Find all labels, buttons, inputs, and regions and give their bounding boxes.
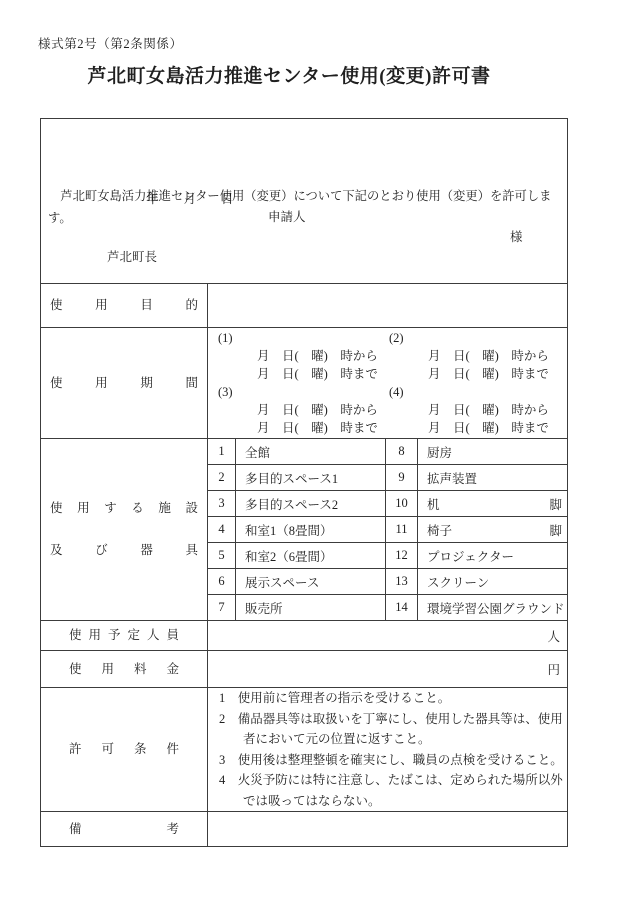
condition-item: 3 使用後は整理整頓を確実にし、職員の点検を受けること。 [243, 750, 567, 771]
fee-label: 使 用 料 金 [69, 662, 179, 677]
condition-item: 1 使用前に管理者の指示を受けること。 [243, 688, 567, 709]
facility-name-cell: 厨房 [418, 439, 568, 465]
fee-value-cell: 円 [208, 651, 568, 688]
facility-name-cell: 展示スペース [236, 569, 386, 595]
facility-row: 使 用 す る 施 設 及 び 器 具 1 全館 8 厨房 [41, 439, 568, 465]
condition-item: 2 備品器具等は取扱いを丁寧にし、使用した器具等は、使用 者において元の位置に返… [243, 709, 567, 750]
facility-number: 12 [386, 543, 418, 569]
period-label: 使 用 期 間 [50, 376, 198, 391]
fee-unit: 円 [547, 663, 560, 677]
facility-name-cell: 机脚 [418, 491, 568, 517]
facilities-label-line2: 及 び 器 具 [50, 543, 198, 558]
facility-number: 4 [208, 517, 236, 543]
people-value-cell: 人 [208, 621, 568, 651]
facility-name-cell: 販売所 [236, 595, 386, 621]
period-group-number: (3) [218, 383, 389, 401]
facility-name: 展示スペース [245, 573, 319, 591]
period-group-number: (1) [218, 329, 389, 347]
period-group-3: (3) 月 日( 曜) 時から 月 日( 曜) 時まで [218, 383, 389, 437]
period-from-line: 月 日( 曜) 時から [218, 347, 389, 365]
facility-name: 全館 [245, 443, 270, 461]
purpose-label: 使 用 目 的 [50, 298, 198, 313]
facility-name-cell: 多目的スペース1 [236, 465, 386, 491]
facility-unit: 脚 [549, 495, 562, 513]
facility-name-cell: スクリーン [418, 569, 568, 595]
facility-name: 椅子 [427, 521, 452, 539]
conditions-label: 許 可 条 件 [69, 742, 179, 757]
facility-name-cell: 多目的スペース2 [236, 491, 386, 517]
facility-number: 8 [386, 439, 418, 465]
period-to-line: 月 日( 曜) 時まで [218, 419, 389, 437]
facility-name: 拡声装置 [427, 469, 477, 487]
period-group-number: (2) [389, 329, 560, 347]
honorific-sama: 様 [510, 230, 523, 244]
period-label-cell: 使 用 期 間 [41, 328, 208, 439]
intro-cell: 芦北町女島活力推進センター使用（変更）について下記のとおり使用（変更）を許可しま… [41, 119, 568, 284]
facility-name: 和室2（6畳間） [245, 547, 333, 565]
permit-form-table: 芦北町女島活力推進センター使用（変更）について下記のとおり使用（変更）を許可しま… [40, 118, 568, 847]
facility-name-cell: 環境学習公園グラウンド [418, 595, 568, 621]
facility-number: 7 [208, 595, 236, 621]
facility-name: スクリーン [427, 573, 489, 591]
date-line: 年 月 日 [146, 192, 234, 206]
condition-item: 4 火災予防には特に注意し、たばこは、定められた場所以外 では吸ってはならない。 [243, 770, 567, 811]
facility-name: プロジェクター [427, 547, 514, 565]
people-label: 使 用 予 定 人 員 [69, 628, 179, 643]
facility-number: 9 [386, 465, 418, 491]
facility-number: 11 [386, 517, 418, 543]
facility-name: 机 [427, 495, 440, 513]
facility-number: 1 [208, 439, 236, 465]
facility-number: 10 [386, 491, 418, 517]
people-unit: 人 [547, 630, 560, 644]
facility-name: 環境学習公園グラウンド [427, 599, 565, 617]
facility-number: 14 [386, 595, 418, 621]
period-grid: (1) 月 日( 曜) 時から 月 日( 曜) 時まで (2) 月 日( 曜) … [218, 329, 567, 437]
facility-name: 厨房 [427, 443, 452, 461]
remarks-value-cell [208, 812, 568, 847]
facility-name: 販売所 [245, 599, 283, 617]
people-label-cell: 使 用 予 定 人 員 [41, 621, 208, 651]
facility-name: 多目的スペース1 [245, 469, 338, 487]
period-group-2: (2) 月 日( 曜) 時から 月 日( 曜) 時まで [389, 329, 560, 383]
period-value-cell: (1) 月 日( 曜) 時から 月 日( 曜) 時まで (2) 月 日( 曜) … [208, 328, 568, 439]
facility-name: 多目的スペース2 [245, 495, 338, 513]
period-group-1: (1) 月 日( 曜) 時から 月 日( 曜) 時まで [218, 329, 389, 383]
period-from-line: 月 日( 曜) 時から [218, 401, 389, 419]
period-from-line: 月 日( 曜) 時から [389, 347, 560, 365]
facility-number: 5 [208, 543, 236, 569]
document-page: 様式第2号（第2条関係） 芦北町女島活力推進センター使用(変更)許可書 芦北町女… [0, 0, 630, 903]
facility-number: 13 [386, 569, 418, 595]
facilities-label-line1: 使 用 す る 施 設 [50, 501, 198, 516]
facilities-label-cell: 使 用 す る 施 設 及 び 器 具 [41, 439, 208, 621]
facility-name-cell: 椅子脚 [418, 517, 568, 543]
period-to-line: 月 日( 曜) 時まで [218, 365, 389, 383]
period-to-line: 月 日( 曜) 時まで [389, 365, 560, 383]
period-to-line: 月 日( 曜) 時まで [389, 419, 560, 437]
facility-name: 和室1（8畳間） [245, 521, 333, 539]
conditions-value-cell: 1 使用前に管理者の指示を受けること。 2 備品器具等は取扱いを丁寧にし、使用し… [208, 688, 568, 812]
period-group-4: (4) 月 日( 曜) 時から 月 日( 曜) 時まで [389, 383, 560, 437]
facility-number: 3 [208, 491, 236, 517]
purpose-label-cell: 使 用 目 的 [41, 284, 208, 328]
applicant-label: 申請人 [268, 210, 306, 224]
facility-number: 2 [208, 465, 236, 491]
mayor-title: 芦北町長 [107, 250, 157, 264]
facility-name-cell: 全館 [236, 439, 386, 465]
facility-name-cell: 拡声装置 [418, 465, 568, 491]
fee-label-cell: 使 用 料 金 [41, 651, 208, 688]
form-number: 様式第2号（第2条関係） [38, 33, 183, 52]
facility-name-cell: プロジェクター [418, 543, 568, 569]
page-title: 芦北町女島活力推進センター使用(変更)許可書 [0, 61, 578, 88]
facility-name-cell: 和室1（8畳間） [236, 517, 386, 543]
facility-unit: 脚 [549, 521, 562, 539]
facility-name-cell: 和室2（6畳間） [236, 543, 386, 569]
purpose-value-cell [208, 284, 568, 328]
period-group-number: (4) [389, 383, 560, 401]
remarks-label: 備 考 [69, 822, 179, 837]
period-from-line: 月 日( 曜) 時から [389, 401, 560, 419]
conditions-label-cell: 許 可 条 件 [41, 688, 208, 812]
facility-number: 6 [208, 569, 236, 595]
remarks-label-cell: 備 考 [41, 812, 208, 847]
